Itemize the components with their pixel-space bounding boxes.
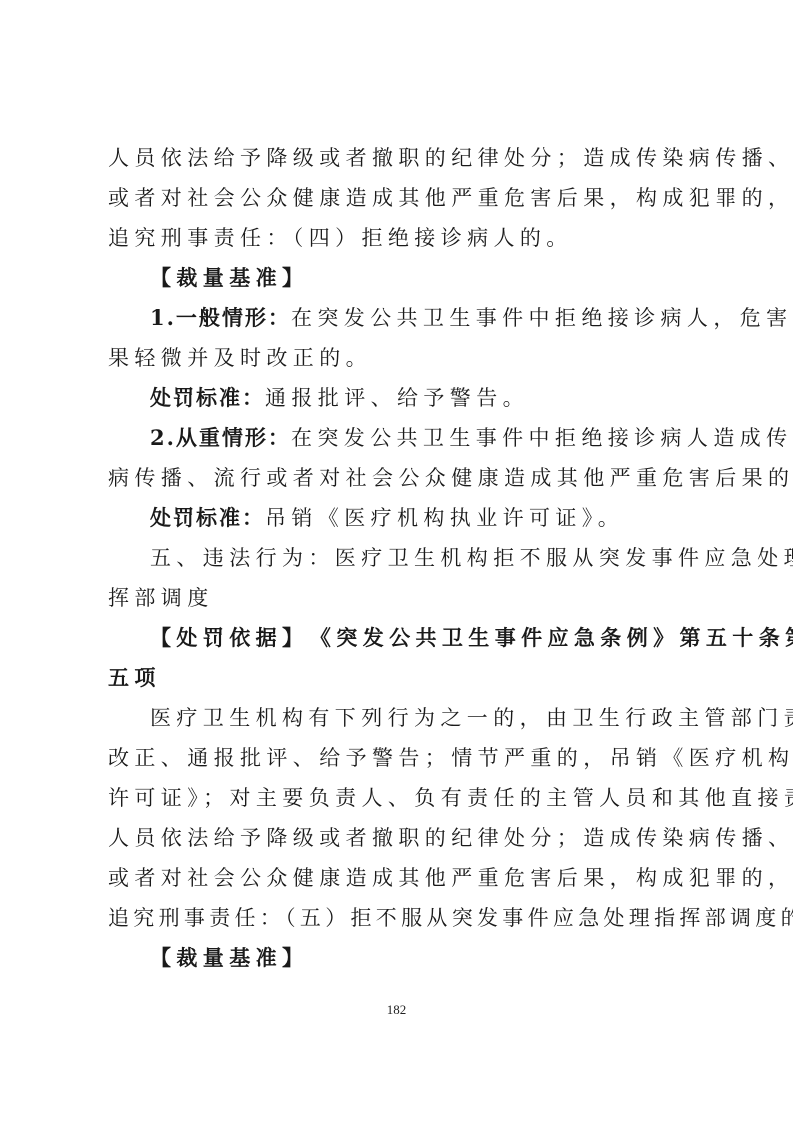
page-number: 182 [0,1002,793,1018]
general-case-text: 在突发公共卫生事件中拒绝接诊病人，危害后 [291,306,793,330]
penalty-standard-line: 处罚标准：通报批评、给予警告。 [108,378,698,418]
body-line: 人员依法给予降级或者撤职的纪律处分；造成传染病传播、流行 [108,138,698,178]
penalty-standard-text: 吊销《医疗机构执业许可证》。 [265,506,624,530]
body-line: 追究刑事责任：（五）拒不服从突发事件应急处理指挥部调度的。 [108,898,698,938]
penalty-standard-text: 通报批评、给予警告。 [265,386,529,410]
section-heading-discretion: 【裁量基准】 [108,258,698,298]
violation-item-five: 五、违法行为：医疗卫生机构拒不服从突发事件应急处理指 [108,538,698,578]
penalty-basis-text: 《突发公共卫生事件应急条例》第五十条第 [308,625,793,650]
body-line: 或者对社会公众健康造成其他严重危害后果，构成犯罪的，依法 [108,178,698,218]
section-heading-discretion: 【裁量基准】 [108,938,698,978]
general-case-label: 1.一般情形： [150,305,291,330]
body-line: 许可证》；对主要负责人、负有责任的主管人员和其他直接责任 [108,778,698,818]
penalty-basis-continuation: 五项 [108,658,698,698]
aggravated-case-line: 2.从重情形：在突发公共卫生事件中拒绝接诊病人造成传染 [108,418,698,458]
aggravated-case-text: 在突发公共卫生事件中拒绝接诊病人造成传染 [291,426,793,450]
body-line: 或者对社会公众健康造成其他严重危害后果，构成犯罪的，依法 [108,858,698,898]
violation-item-five-continuation: 挥部调度 [108,578,698,618]
penalty-standard-label: 处罚标准： [150,385,265,410]
aggravated-case-continuation: 病传播、流行或者对社会公众健康造成其他严重危害后果的。 [108,458,698,498]
document-page: 人员依法给予降级或者撤职的纪律处分；造成传染病传播、流行 或者对社会公众健康造成… [108,138,698,978]
penalty-basis-line: 【处罚依据】《突发公共卫生事件应急条例》第五十条第 [108,618,698,658]
aggravated-case-label: 2.从重情形： [150,425,291,450]
body-line: 人员依法给予降级或者撤职的纪律处分；造成传染病传播、流行 [108,818,698,858]
penalty-standard-line: 处罚标准：吊销《医疗机构执业许可证》。 [108,498,698,538]
body-line: 改正、通报批评、给予警告；情节严重的，吊销《医疗机构执业 [108,738,698,778]
penalty-basis-label: 【处罚依据】 [150,625,308,650]
body-line: 医疗卫生机构有下列行为之一的，由卫生行政主管部门责令 [108,698,698,738]
general-case-continuation: 果轻微并及时改正的。 [108,338,698,378]
body-line: 追究刑事责任：（四）拒绝接诊病人的。 [108,218,698,258]
general-case-line: 1.一般情形：在突发公共卫生事件中拒绝接诊病人，危害后 [108,298,698,338]
penalty-standard-label: 处罚标准： [150,505,265,530]
